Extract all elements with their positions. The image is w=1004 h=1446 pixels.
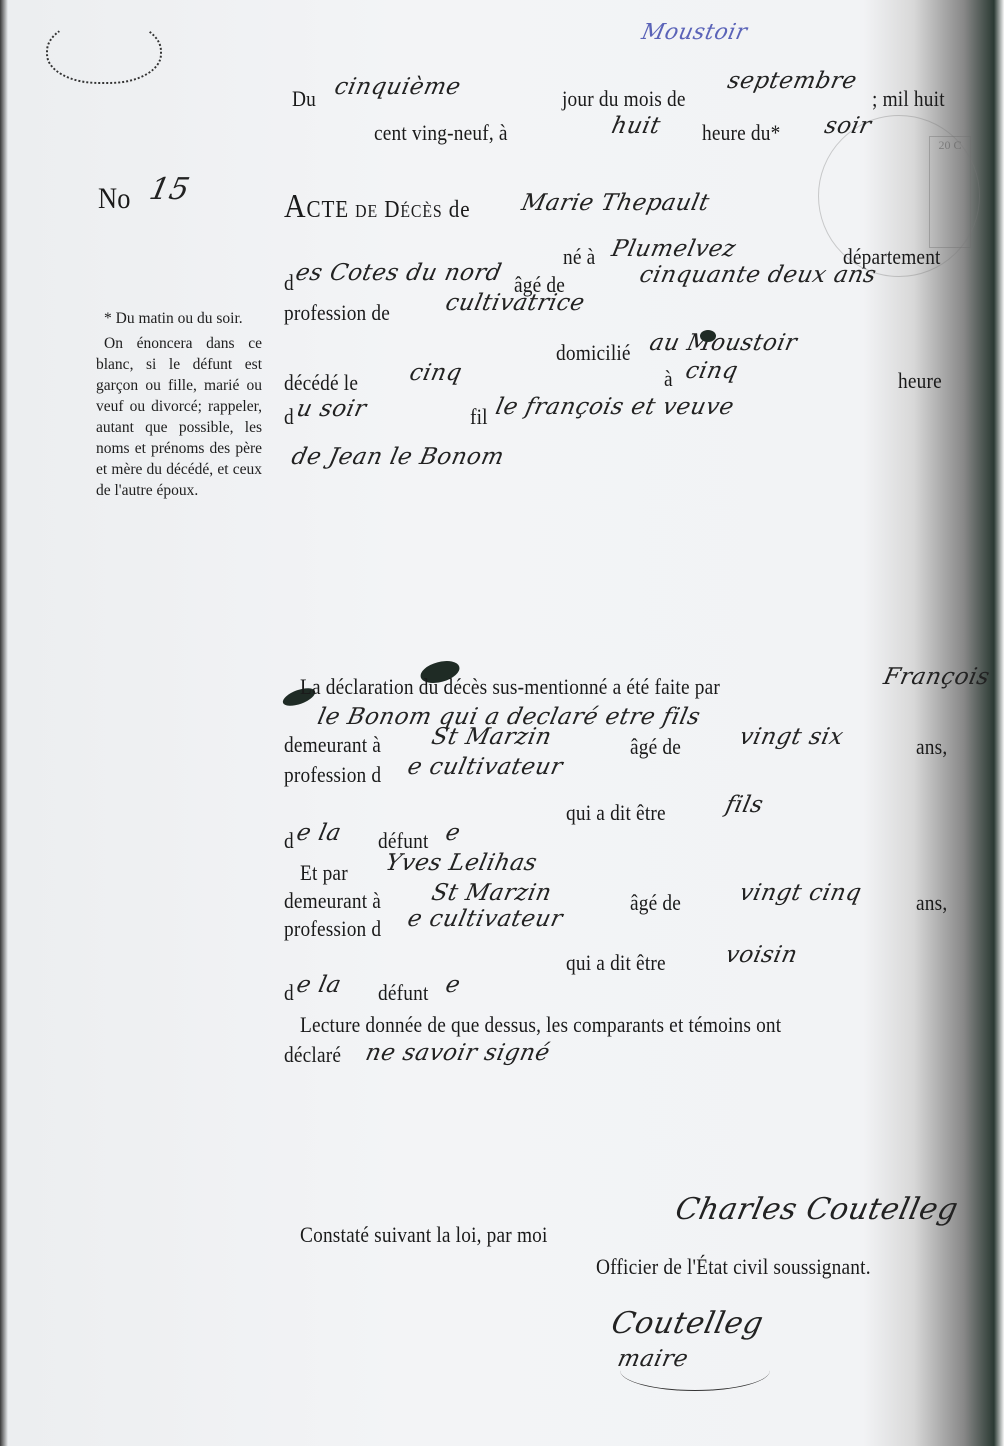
header-mil-huit: ; mil huit [872,86,945,112]
declarant2-profession: e cultivateur [405,906,565,932]
officer-title: Officier de l'État civil soussignant. [596,1254,871,1280]
demeurant-label-2: demeurant à [284,888,381,914]
profession-label: profession de [284,300,390,326]
death-time-of-day: u soir [294,396,369,422]
declaration-intro: La déclaration du décès sus-mentionné a … [300,674,720,700]
header-day: cinquième [332,74,463,100]
defunt-suffix-2: e [443,972,463,998]
deceased-profession: cultivatrice [443,290,587,316]
header-du-label: Du [292,86,316,112]
departement-name: es Cotes du nord [293,260,504,286]
declarant1-first-name: François [881,664,992,690]
declarant2-residence: St Marzin [429,880,554,906]
deceased-name: Marie Thepault [519,190,712,216]
et-par-label: Et par [300,860,348,886]
death-day: cinq [407,360,464,386]
header-year-label: cent ving-neuf, à [374,120,508,146]
officer-signature: Charles Coutelleg [672,1192,961,1227]
de-la-2: e la [294,972,344,998]
heure-label: heure [898,368,942,394]
age-label-2: âgé de [630,890,681,916]
defunt-label-2: défunt [378,980,429,1006]
ne-a-label: né à [563,244,595,270]
header-hour: huit [609,113,663,139]
deceased-age: cinquante deux ans [637,262,879,288]
a-label: à [664,366,673,392]
margin-instructions: * Du matin ou du soir. On énoncera dans … [96,308,262,505]
relation-label-1: qui a dit être [566,800,666,826]
scanned-page: 20 C Moustoir Du cinquième jour du mois … [0,0,1004,1446]
blue-annotation: Moustoir [639,20,749,45]
de-la-1: e la [294,820,344,846]
du-prefix: d [284,404,294,430]
margin-note-time: * Du matin ou du soir. [96,308,262,329]
dept-prefix: d [284,270,294,296]
fil-label: fil [470,404,488,430]
birthplace: Plumelvez [609,236,738,262]
deceased-domicile: au Moustoir [647,330,799,356]
spouse-name: de Jean le Bonom [289,444,506,470]
record-number: 15 [146,172,193,207]
margin-note-instructions: On énoncera dans ce blanc, si le défunt … [96,333,262,501]
declarant1-relation: fils [723,792,766,818]
decede-label: décédé le [284,370,358,396]
profession-label-2: profession d [284,916,381,942]
death-hour: cinq [683,358,740,384]
header-mid-label: jour du mois de [562,86,686,112]
declarant2-relation: voisin [723,942,800,968]
header-time-of-day: soir [822,113,874,139]
declarant1-residence: St Marzin [429,724,554,750]
defunt-suffix-1: e [443,820,463,846]
signature-flourish [620,1350,770,1391]
age-label-1: âgé de [630,734,681,760]
demeurant-label-1: demeurant à [284,732,381,758]
declarant2-age: vingt cinq [737,880,864,906]
mayor-signature: Coutelleg [608,1306,766,1341]
header-heure-label: heure du* [702,120,780,146]
de-label-1: d [284,828,294,854]
reading-statement: Lecture donnée de que dessus, les compar… [300,1012,781,1038]
declarant1-age: vingt six [737,724,846,750]
cannot-sign-note: ne savoir signé [363,1040,552,1066]
declarant1-profession: e cultivateur [405,754,565,780]
constate-statement: Constaté suivant la loi, par moi [300,1222,548,1248]
filiation: le françois et veuve [493,394,736,420]
domicile-label: domicilié [556,340,631,366]
record-number-label: No [98,182,131,216]
header-month: septembre [725,68,859,94]
corner-stamp-mark [46,18,162,84]
record-title: ACTE DE DÉCÈS de [284,188,470,226]
ans-label-1: ans, [916,734,947,760]
profession-label-1: profession d [284,762,381,788]
declare-label: déclaré [284,1042,341,1068]
stamp-value: 20 C [929,136,971,248]
relation-label-2: qui a dit être [566,950,666,976]
ink-blot [700,330,716,342]
de-label-2: d [284,980,294,1006]
declarant2-name: Yves Lelihas [383,850,539,876]
ans-label-2: ans, [916,890,947,916]
